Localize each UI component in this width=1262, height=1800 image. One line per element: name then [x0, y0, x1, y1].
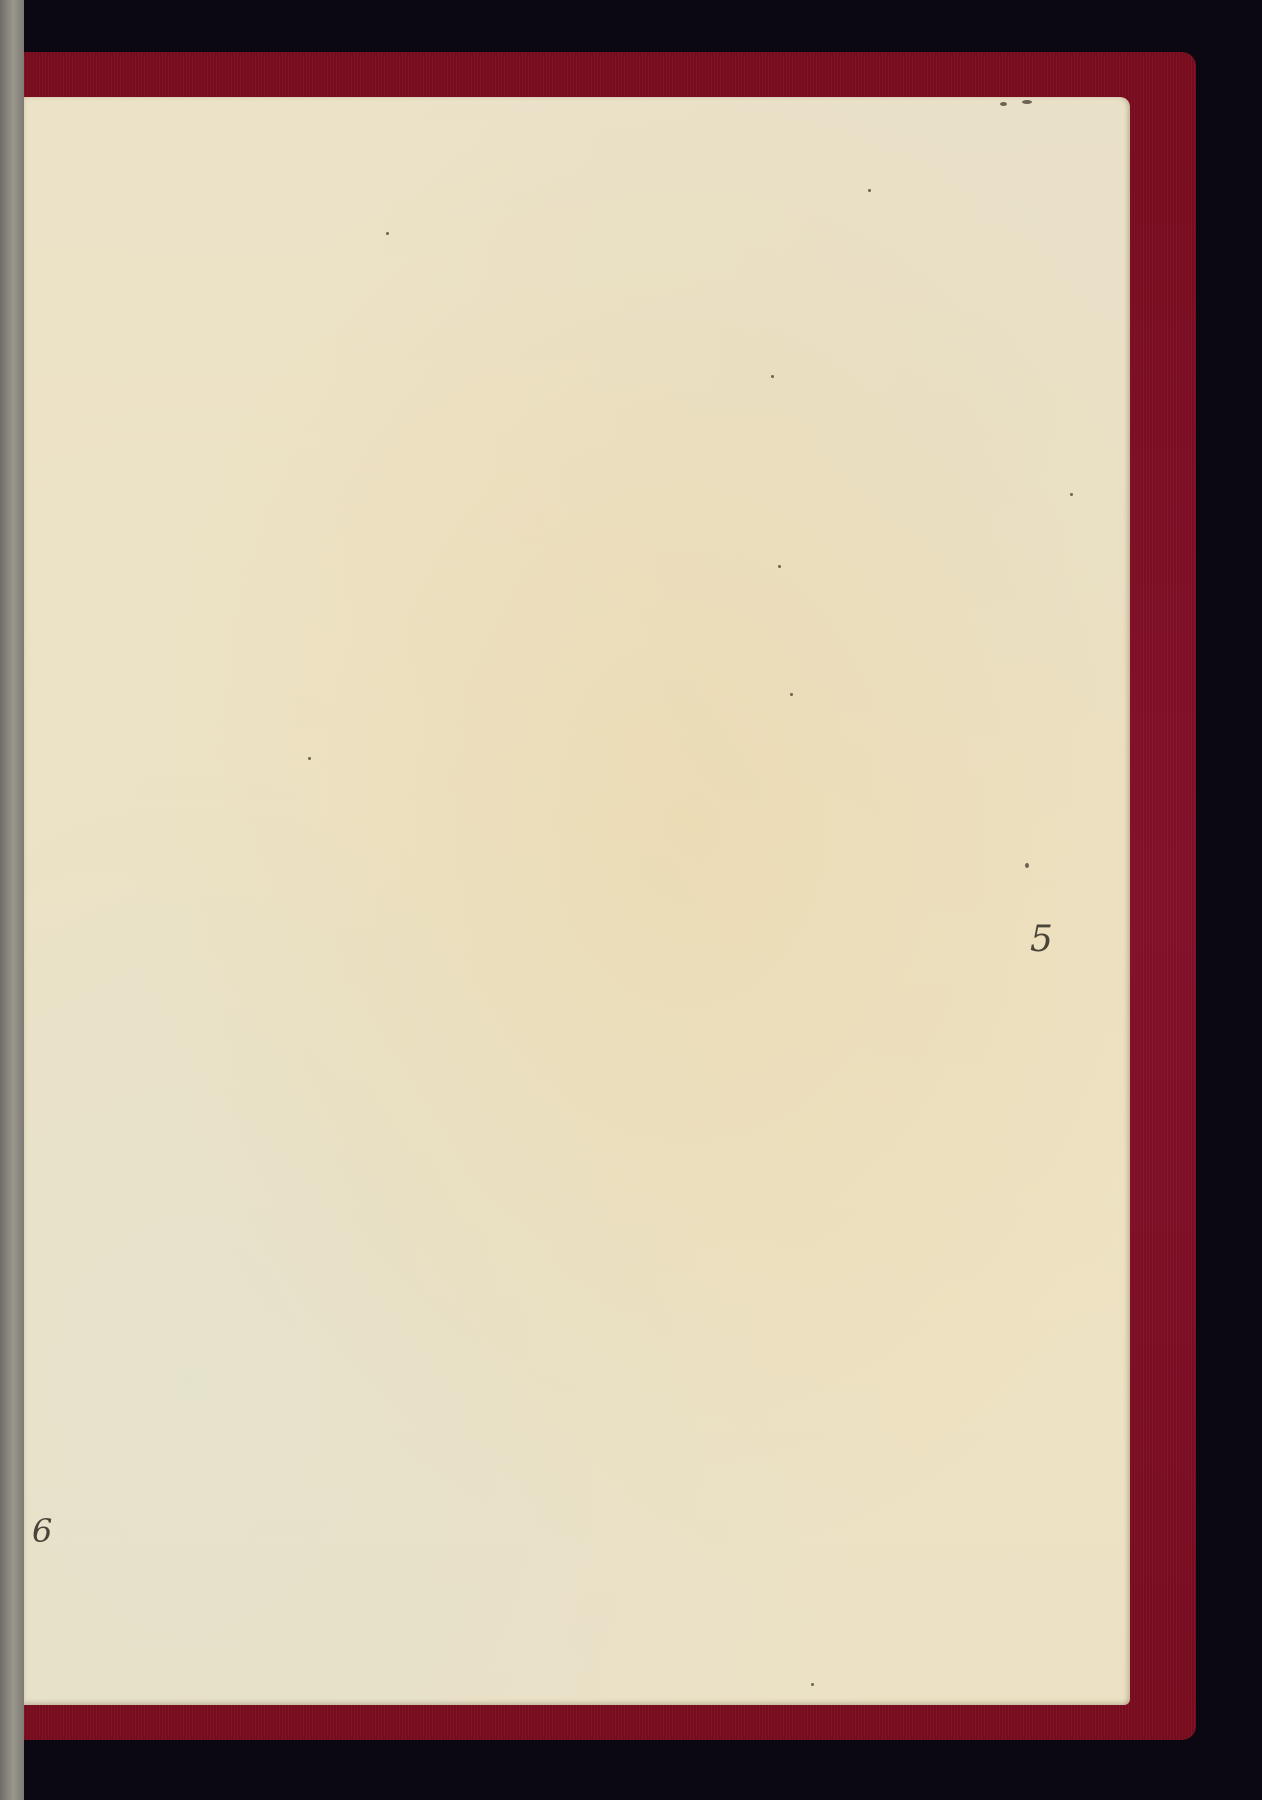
ink-speck: [778, 565, 781, 568]
ink-speck: [1022, 100, 1032, 104]
folio-number-6: 6: [32, 1515, 52, 1547]
ink-speck: [790, 693, 793, 696]
adjacent-page-edge: [0, 0, 24, 1800]
ink-speck: [1000, 102, 1007, 106]
ink-speck: [868, 189, 871, 192]
ink-speck: [1070, 493, 1073, 496]
ink-speck: [1025, 863, 1029, 868]
ink-speck: [771, 375, 774, 378]
parchment-page: [24, 97, 1130, 1705]
folio-number-5: 5: [1030, 922, 1053, 958]
ink-speck: [386, 232, 389, 235]
ink-speck: [811, 1683, 814, 1686]
ink-speck: [308, 757, 311, 760]
